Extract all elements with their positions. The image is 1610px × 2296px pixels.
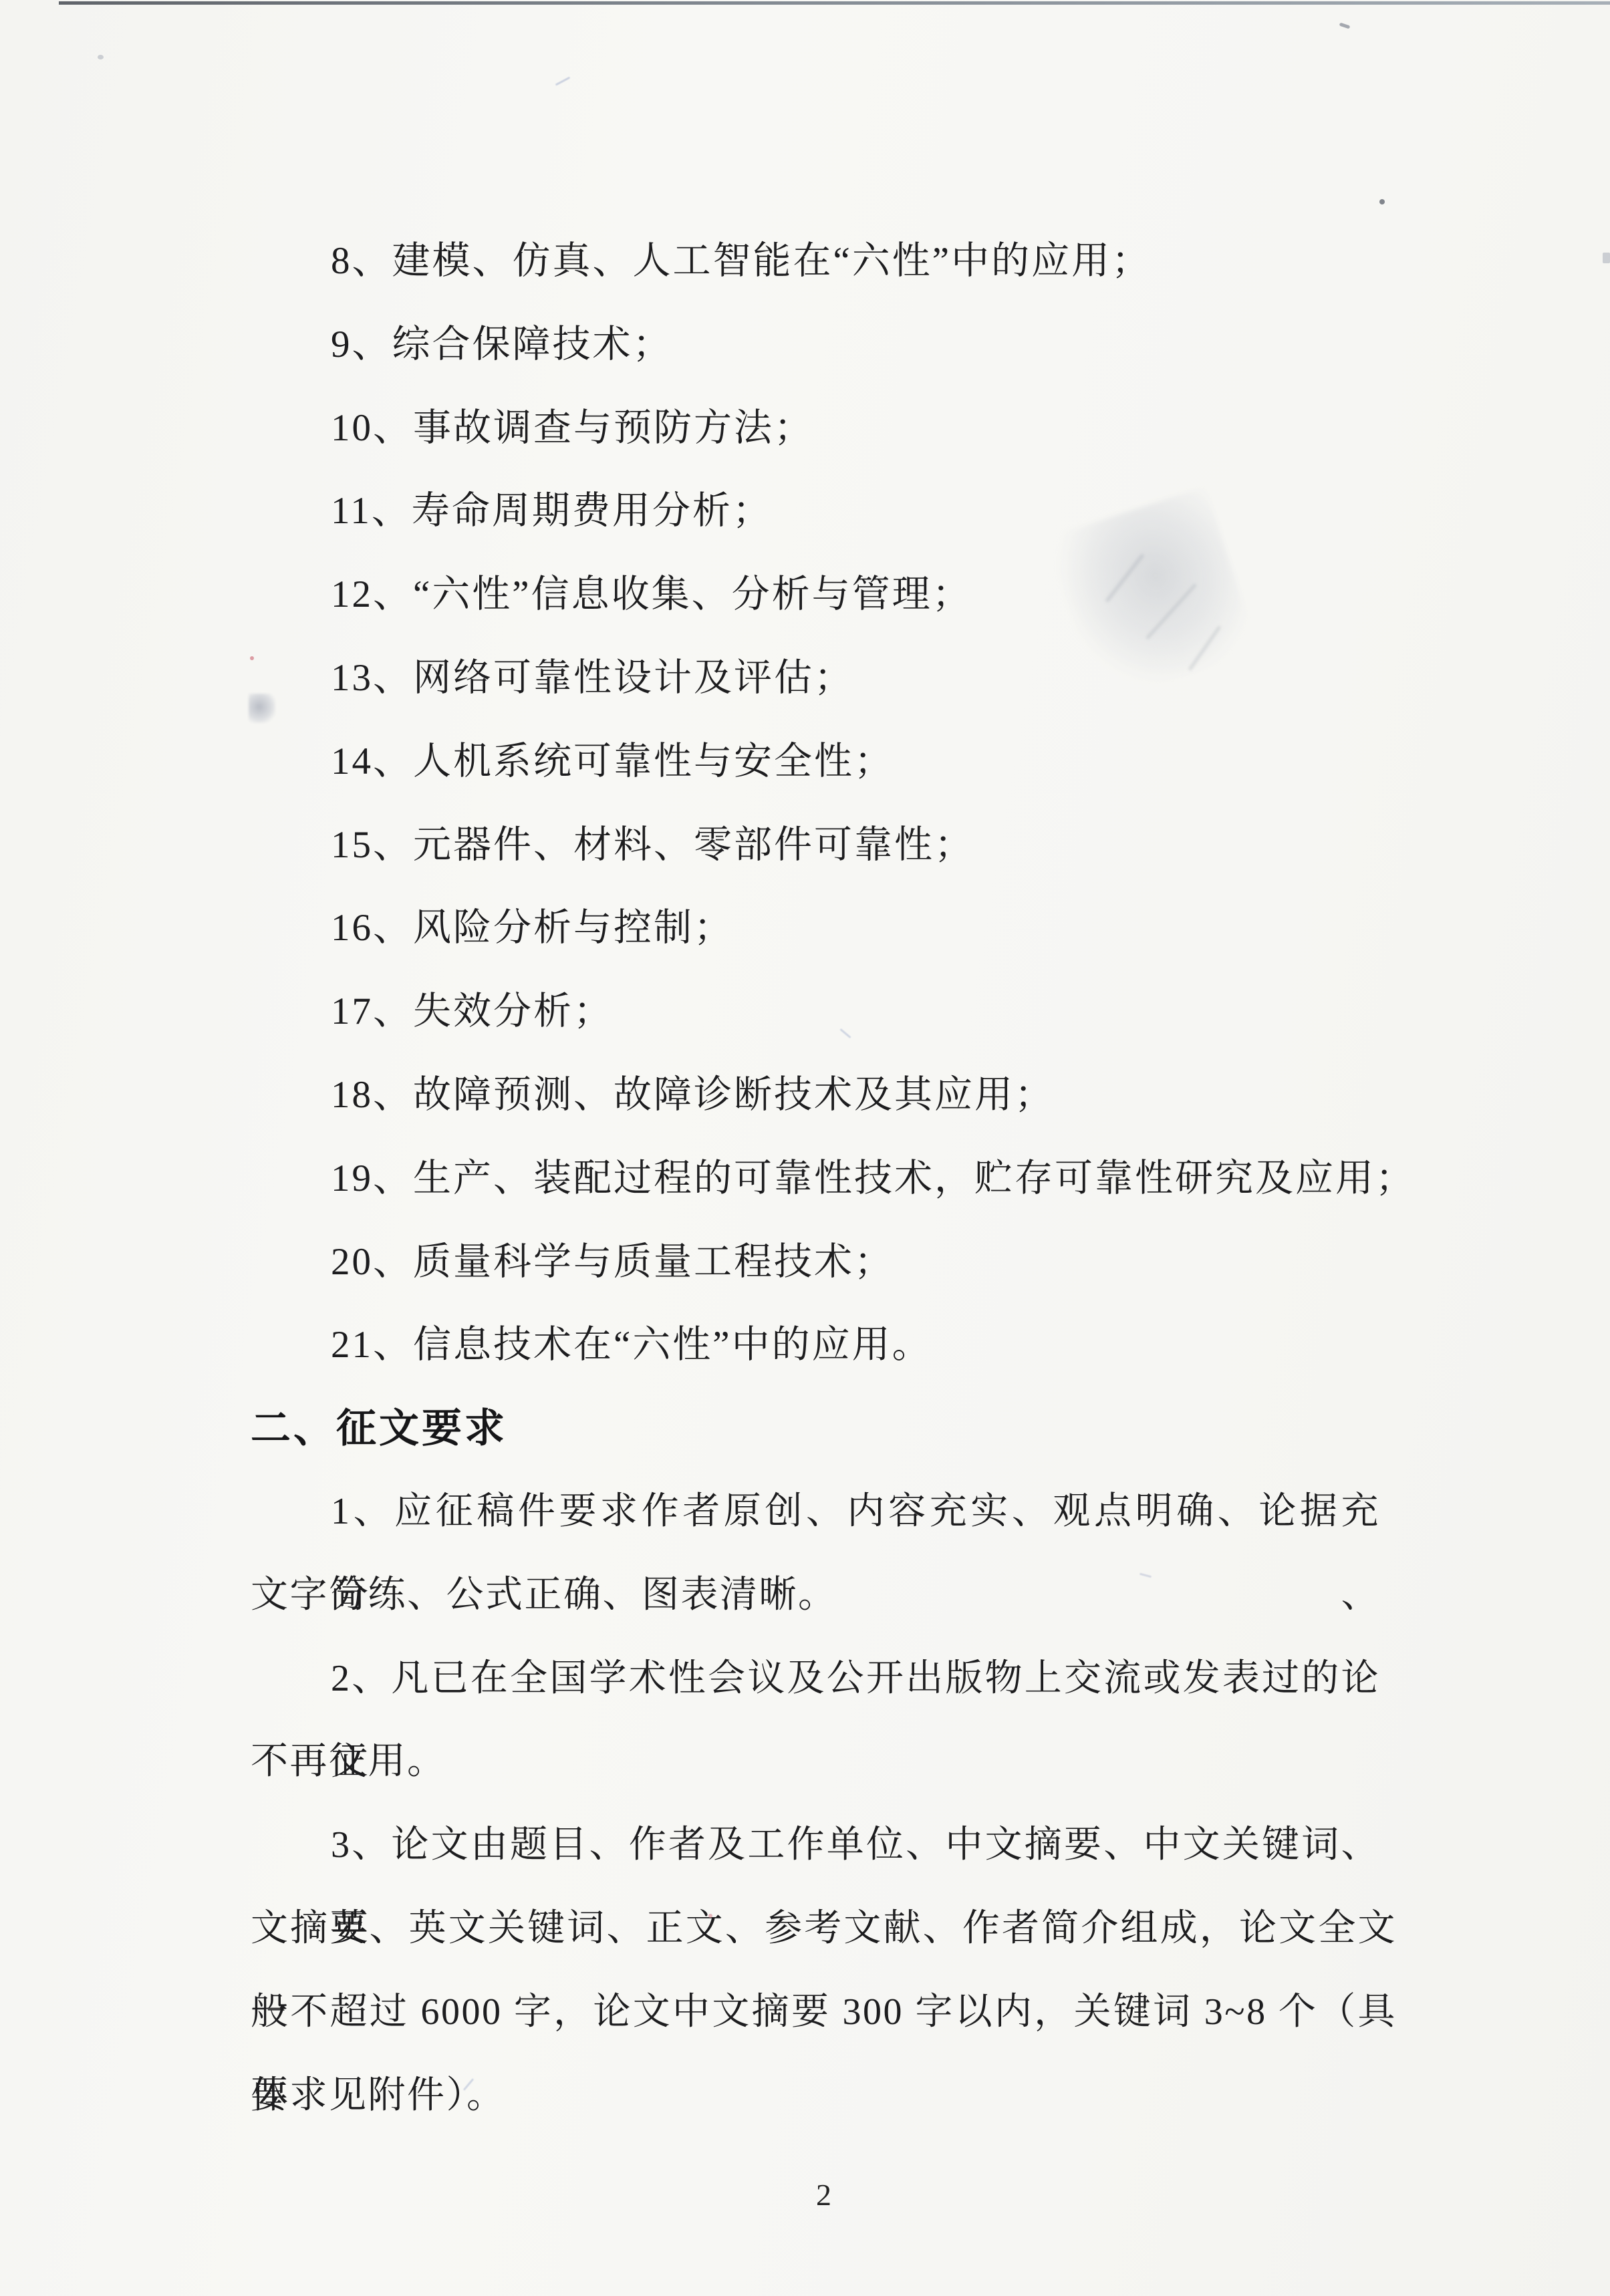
topic-item-9: 9、综合保障技术； [331,303,1397,386]
topic-item-21: 21、信息技术在“六性”中的应用。 [331,1303,1397,1387]
paragraph-line: 1、应征稿件要求作者原创、内容充实、观点明确、论据充分、 [331,1470,1380,1554]
topic-item-19: 19、生产、装配过程的可靠性技术，贮存可靠性研究及应用； [331,1137,1397,1220]
paragraph-line: 2、凡已在全国学术性会议及公开出版物上交流或发表过的论文 [331,1637,1380,1721]
scan-speck [250,656,254,660]
scanner-edge-line [59,1,1610,5]
scan-speck [98,55,104,59]
topic-item-18: 18、故障预测、故障诊断技术及其应用； [331,1053,1397,1137]
scan-speck [1603,253,1610,263]
topic-item-10: 10、事故调查与预防方法； [331,386,1397,470]
topic-item-17: 17、失效分析； [331,970,1397,1053]
paragraph-line: 3、论文由题目、作者及工作单位、中文摘要、中文关键词、英 [331,1804,1380,1887]
topic-item-8: 8、建模、仿真、人工智能在“六性”中的应用； [331,219,1397,303]
scanned-document-page: 8、建模、仿真、人工智能在“六性”中的应用； 9、综合保障技术； 10、事故调查… [0,0,1610,2296]
page-number: 2 [251,2153,1397,2237]
paragraph-line: 不再征用。 [251,1720,1397,1804]
paragraph-line: 文摘要、英文关键词、正文、参考文献、作者简介组成，论文全文一 [251,1887,1397,1971]
scan-speck [1339,23,1351,29]
topic-item-15: 15、元器件、材料、零部件可靠性； [331,803,1397,887]
paragraph-line: 文字简练、公式正确、图表清晰。 [251,1554,1397,1637]
topic-item-16: 16、风险分析与控制； [331,886,1397,970]
scan-speck [708,1914,712,1918]
paragraph-line: 般不超过 6000 字，论文中文摘要 300 字以内，关键词 3~8 个（具体 [251,1971,1397,2054]
paragraph-line: 要求见附件）。 [251,2054,1397,2138]
scan-smudge [249,694,275,723]
topic-item-11: 11、寿命周期费用分析； [331,469,1397,553]
topic-item-20: 20、质量科学与质量工程技术； [331,1220,1397,1304]
paper-fiber [555,77,571,86]
scan-speck [1379,199,1385,204]
section-heading: 二、征文要求 [251,1387,1397,1470]
topic-item-14: 14、人机系统可靠性与安全性； [331,720,1397,803]
